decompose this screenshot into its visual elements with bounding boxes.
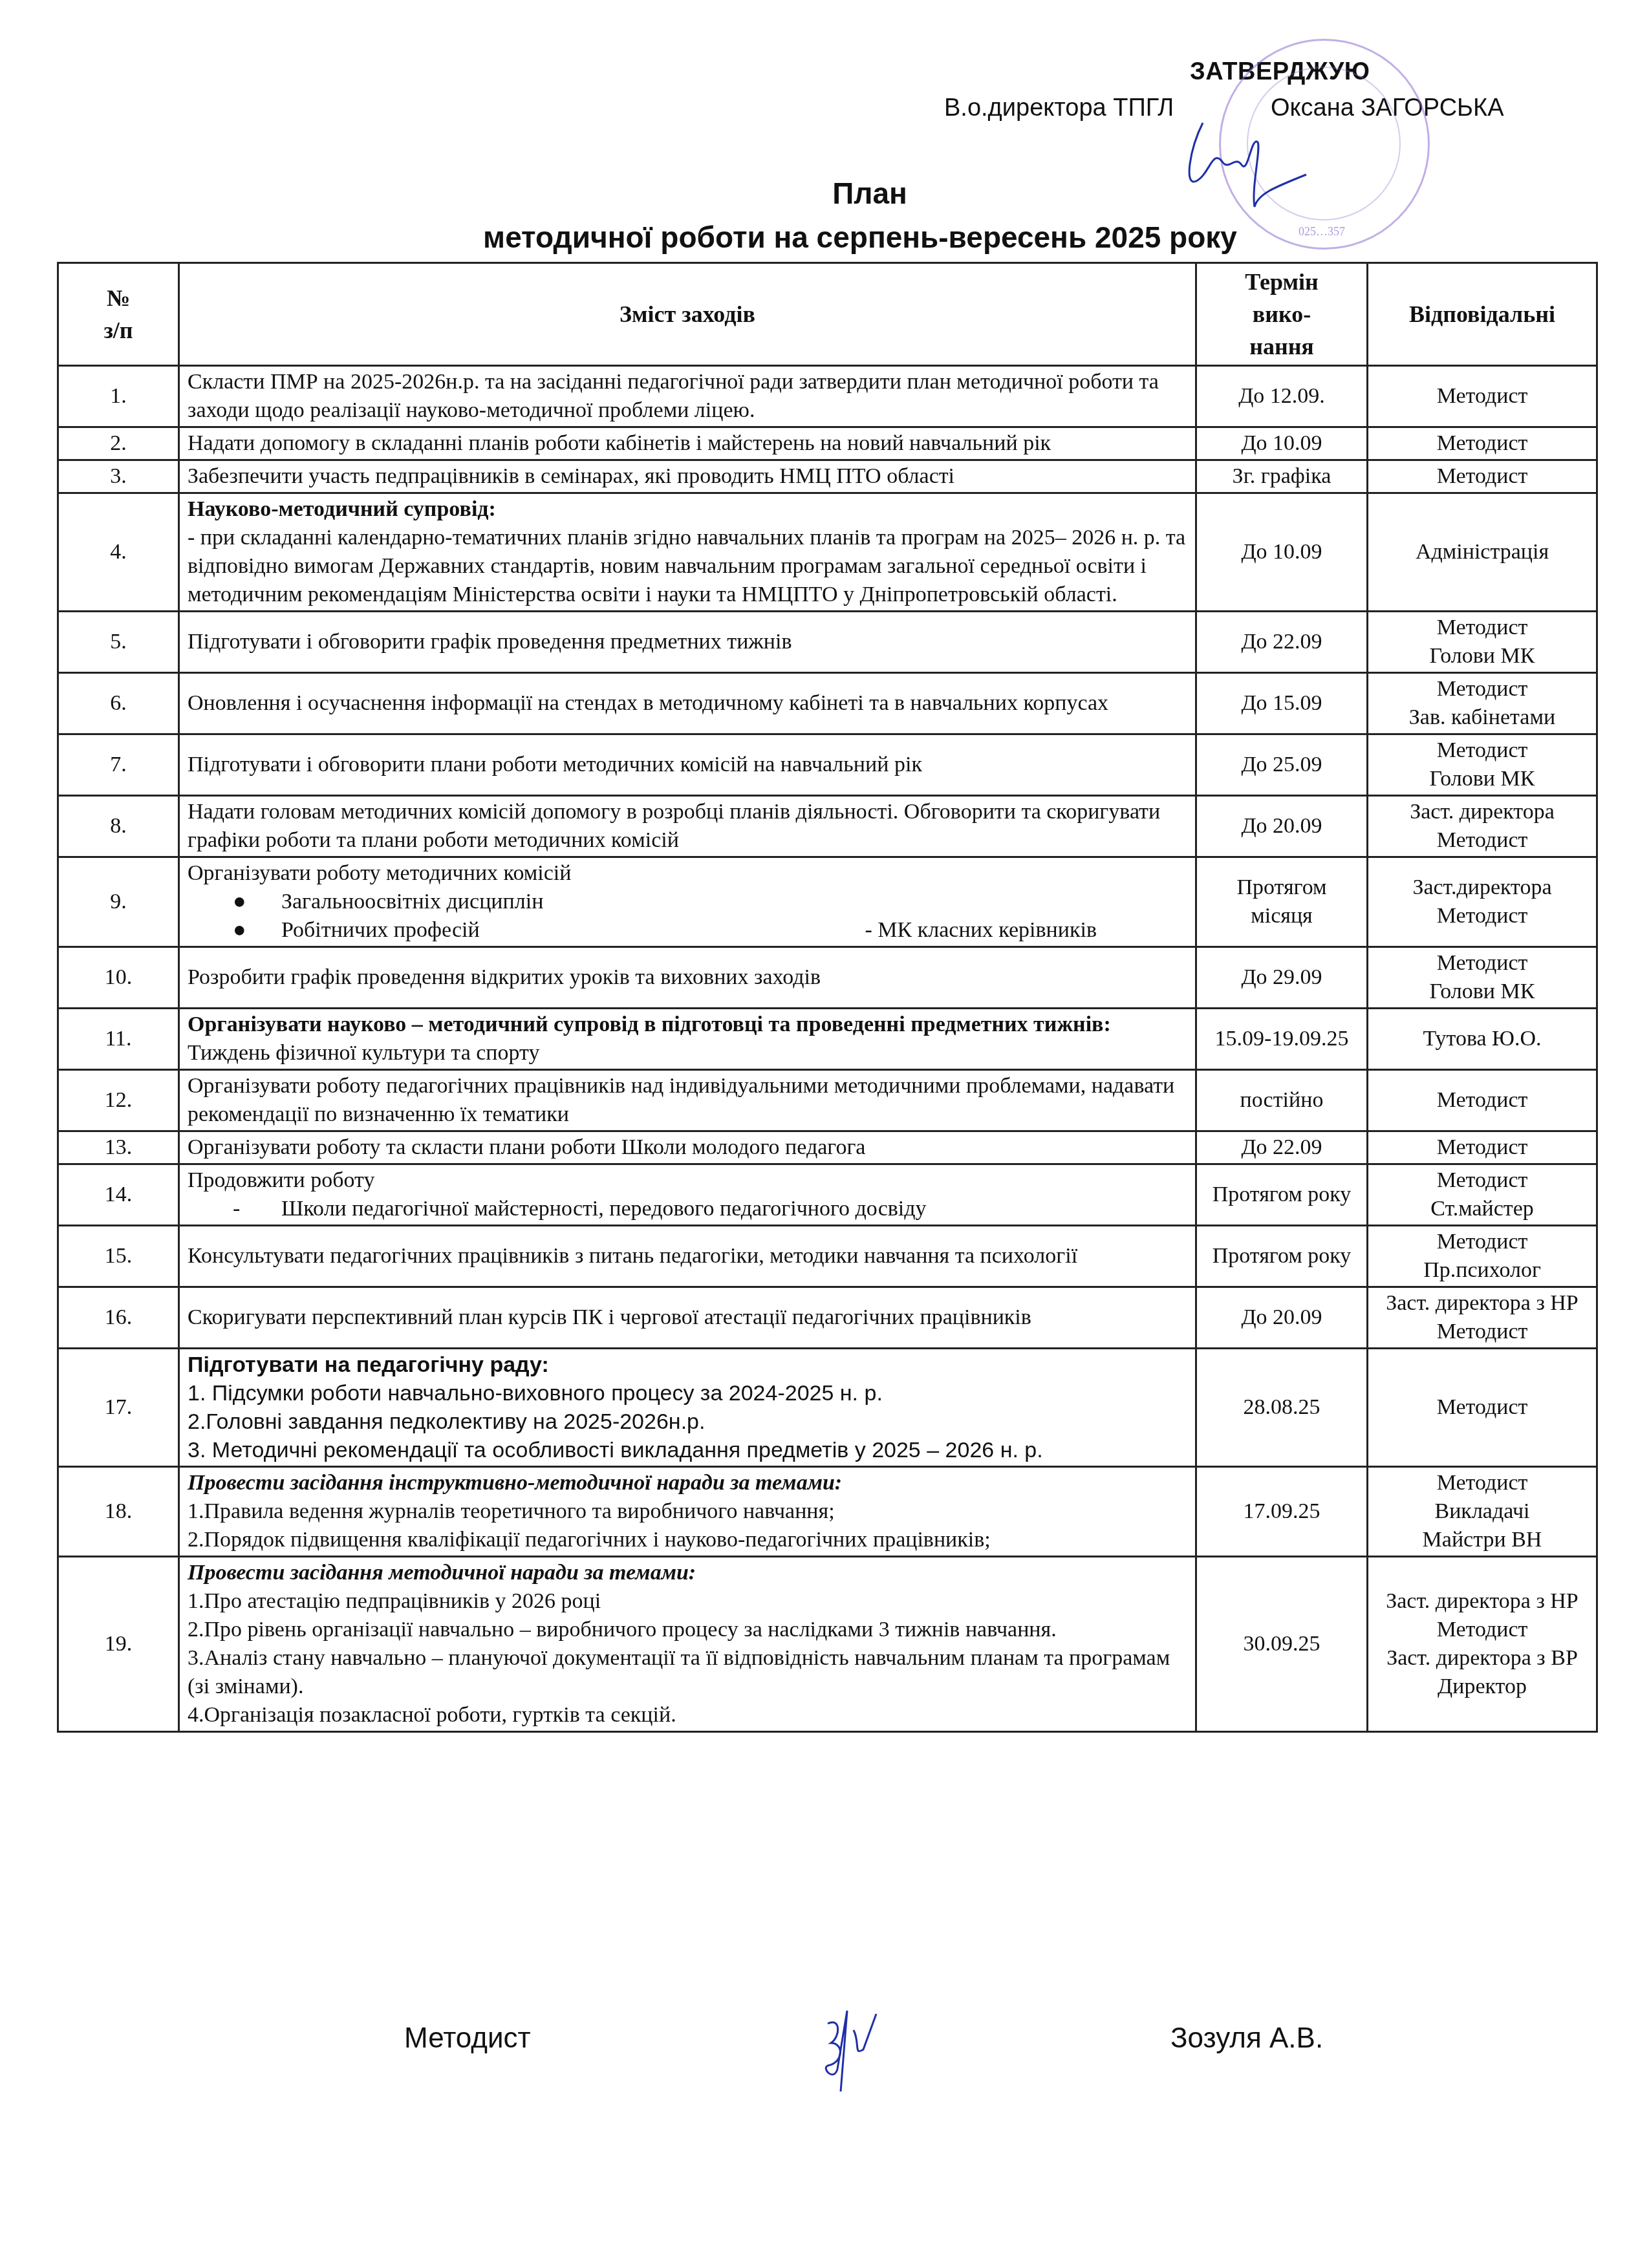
bullet-text: Робітничих професій [281,916,480,945]
table-row: 16.Скоригувати перспективний план курсів… [58,1287,1597,1349]
table-row: 15.Консультувати педагогічних працівникі… [58,1226,1597,1287]
methodist-signature-icon [815,2004,905,2095]
row-term: Протягом року [1196,1226,1368,1287]
agenda-item: 2.Головні завдання педколективу на 2025-… [188,1407,1187,1436]
responsible-person: Методист [1376,1166,1588,1195]
header-number: № з/п [58,263,179,366]
row-term: 30.09.25 [1196,1557,1368,1732]
row-responsible: МетодистЗав. кабінетами [1368,673,1597,734]
row-responsible: МетодистГолови МК [1368,734,1597,796]
row-term: До 22.09 [1196,1131,1368,1164]
row-responsible: Заст.директораМетодист [1368,857,1597,947]
row-responsible: Тутова Ю.О. [1368,1009,1597,1070]
table-row: 13.Організувати роботу та скласти плани … [58,1131,1597,1164]
row-term: До 10.09 [1196,493,1368,612]
table-row: 8.Надати головам методичних комісій допо… [58,796,1597,857]
agenda-item: 1.Правила ведення журналів теоретичного … [188,1497,1187,1526]
table-row: 10.Розробити графік проведення відкритих… [58,947,1597,1009]
row-text: Надати головам методичних комісій допомо… [188,798,1187,855]
row-text: Організувати роботу педагогічних працівн… [188,1072,1187,1129]
table-row: 18.Провести засідання інструктивно-метод… [58,1467,1597,1557]
row-text: Організувати роботу методичних комісій [188,859,1187,888]
row-content: Консультувати педагогічних працівників з… [179,1226,1196,1287]
row-heading: Провести засідання інструктивно-методичн… [188,1469,1187,1497]
row-responsible: Методист [1368,366,1597,427]
responsible-person: Заст.директора [1376,873,1588,902]
row-number: 10. [58,947,179,1009]
responsible-person: Методист [1376,614,1588,642]
row-number: 7. [58,734,179,796]
row-term: До 25.09 [1196,734,1368,796]
row-content: Забезпечити участь педпрацівників в семі… [179,460,1196,493]
row-text: Продовжити роботу [188,1166,1187,1195]
header-term-line3: нання [1205,330,1359,363]
row-text: - при складанні календарно-тематичних пл… [188,524,1187,609]
row-content: Підготувати на педагогічну раду:1. Підсу… [179,1349,1196,1467]
row-term: До 29.09 [1196,947,1368,1009]
row-content: Провести засідання методичної наради за … [179,1557,1196,1732]
responsible-person: Директор [1376,1673,1588,1701]
row-number: 13. [58,1131,179,1164]
responsible-person: Методист [1376,1228,1588,1256]
agenda-item: 1.Про атестацію педпрацівників у 2026 ро… [188,1587,1187,1616]
responsible-person: Викладачі [1376,1497,1588,1526]
bullet-item: ●Загальноосвітніх дисциплін [188,888,1187,916]
responsible-person: Методист [1376,736,1588,765]
row-content: Скласти ПМР на 2025-2026н.р. та на засід… [179,366,1196,427]
row-content: Надати допомогу в складанні планів робот… [179,427,1196,460]
row-term: Протягом місяця [1196,857,1368,947]
row-text: Забезпечити участь педпрацівників в семі… [188,462,1187,491]
row-responsible: МетодистГолови МК [1368,947,1597,1009]
row-number: 15. [58,1226,179,1287]
dash-item: -Школи педагогічної майстерності, передо… [188,1195,1187,1223]
row-responsible: Методист [1368,1070,1597,1131]
row-content: Науково-методичний супровід:- при склада… [179,493,1196,612]
row-term: 28.08.25 [1196,1349,1368,1467]
table-row: 11.Організувати науково – методичний суп… [58,1009,1597,1070]
header-term-line2: вико- [1205,298,1359,330]
row-responsible: Методист [1368,427,1597,460]
row-content: Продовжити роботу-Школи педагогічної май… [179,1164,1196,1226]
row-number: 16. [58,1287,179,1349]
bullet-dot-icon: ● [233,916,281,945]
row-text: Тиждень фізичної культури та спорту [188,1041,539,1065]
responsible-person: Заст. директора з НР [1376,1289,1588,1318]
responsible-person: Методист [1376,902,1588,930]
plan-table: № з/п Зміст заходів Термін вико- нання В… [57,262,1598,1733]
document-title: План [0,176,1649,211]
header-number-abbr: з/п [67,314,170,347]
row-term: 17.09.25 [1196,1467,1368,1557]
table-row: 19.Провести засідання методичної наради … [58,1557,1597,1732]
responsible-person: Методист [1376,675,1588,703]
table-row: 4.Науково-методичний супровід:- при скла… [58,493,1597,612]
header-responsible: Відповідальні [1368,263,1597,366]
approval-signatory: В.о.директора ТПГЛ Оксана ЗАГОРСЬКА [944,94,1174,122]
row-responsible: Заст. директора з НРМетодист [1368,1287,1597,1349]
responsible-person: Голови МК [1376,642,1588,670]
bullet-text: Загальноосвітніх дисциплін [281,888,543,916]
table-row: 6.Оновлення і осучаснення інформації на … [58,673,1597,734]
responsible-person: Пр.психолог [1376,1256,1588,1285]
row-responsible: Заст. директора з НРМетодистЗаст. директ… [1368,1557,1597,1732]
row-content: Організувати роботу та скласти плани роб… [179,1131,1196,1164]
table-row: 7.Підготувати і обговорити плани роботи … [58,734,1597,796]
responsible-person: Методист [1376,1318,1588,1346]
table-header-row: № з/п Зміст заходів Термін вико- нання В… [58,263,1597,366]
row-responsible: МетодистСт.майстер [1368,1164,1597,1226]
header-term-line1: Термін [1205,266,1359,298]
responsible-person: Адміністрація [1376,538,1588,566]
row-heading: Науково-методичний супровід: [188,495,1187,524]
row-number: 12. [58,1070,179,1131]
agenda-item: 2.Про рівень організації навчально – вир… [188,1616,1187,1644]
row-number: 1. [58,366,179,427]
row-responsible: МетодистПр.психолог [1368,1226,1597,1287]
bullet-extra-text: - МК класних керівників [865,916,1187,945]
table-row: 5.Підготувати і обговорити графік провед… [58,612,1597,673]
row-text: Підготувати і обговорити графік проведен… [188,628,1187,656]
agenda-item: 1. Підсумки роботи навчально-виховного п… [188,1379,1187,1407]
responsible-person: Голови МК [1376,765,1588,793]
table-body: 1.Скласти ПМР на 2025-2026н.р. та на зас… [58,366,1597,1732]
footer-role: Методист [404,2022,531,2055]
row-number: 18. [58,1467,179,1557]
row-term: До 10.09 [1196,427,1368,460]
row-responsible: МетодистВикладачіМайстри ВН [1368,1467,1597,1557]
row-content: Організувати роботу методичних комісій●З… [179,857,1196,947]
responsible-person: Методист [1376,1616,1588,1644]
agenda-item: 4.Організація позакласної роботи, гурткі… [188,1701,1187,1729]
row-number: 3. [58,460,179,493]
agenda-item: 3. Методичні рекомендації та особливості… [188,1436,1187,1464]
header-number-symbol: № [67,282,170,314]
row-content: Організувати роботу педагогічних працівн… [179,1070,1196,1131]
row-text: Розробити графік проведення відкритих ур… [188,963,1187,992]
row-content: Оновлення і осучаснення інформації на ст… [179,673,1196,734]
row-number: 4. [58,493,179,612]
row-responsible: Заст. директораМетодист [1368,796,1597,857]
row-responsible: Методист [1368,1131,1597,1164]
table-row: 14.Продовжити роботу-Школи педагогічної … [58,1164,1597,1226]
row-text: Надати допомогу в складанні планів робот… [188,429,1187,458]
row-responsible: Адміністрація [1368,493,1597,612]
bullet-item: ●Робітничих професій- МК класних керівни… [188,916,1187,945]
table-row: 12.Організувати роботу педагогічних прац… [58,1070,1597,1131]
responsible-person: Методист [1376,949,1588,978]
row-text: Організувати роботу та скласти плани роб… [188,1133,1187,1162]
table-row: 17.Підготувати на педагогічну раду:1. Пі… [58,1349,1597,1467]
row-content: Організувати науково – методичний супров… [179,1009,1196,1070]
row-number: 2. [58,427,179,460]
row-content: Підготувати і обговорити графік проведен… [179,612,1196,673]
row-term: До 20.09 [1196,796,1368,857]
row-text: Консультувати педагогічних працівників з… [188,1242,1187,1270]
row-content: Провести засідання інструктивно-методичн… [179,1467,1196,1557]
agenda-item: 3.Аналіз стану навчально – плануючої док… [188,1644,1187,1701]
responsible-person: Заст. директора з НР [1376,1587,1588,1616]
table-row: 1.Скласти ПМР на 2025-2026н.р. та на зас… [58,366,1597,427]
row-number: 14. [58,1164,179,1226]
row-responsible: Методист [1368,1349,1597,1467]
row-heading: Провести засідання методичної наради за … [188,1559,1187,1587]
document-subtitle: методичної роботи на серпень-вересень 20… [0,220,1649,255]
header-content: Зміст заходів [179,263,1196,366]
row-number: 8. [58,796,179,857]
row-number: 17. [58,1349,179,1467]
row-responsible: Методист [1368,460,1597,493]
responsible-person: Методист [1376,382,1588,411]
table-row: 2.Надати допомогу в складанні планів роб… [58,427,1597,460]
table-row: 9.Організувати роботу методичних комісій… [58,857,1597,947]
responsible-person: Заст. директора [1376,798,1588,826]
agenda-item: 2.Порядок підвищення кваліфікації педаго… [188,1526,1187,1554]
row-heading: Підготувати на педагогічну раду: [188,1351,1187,1379]
responsible-person: Методист [1376,1393,1588,1422]
responsible-person: Заст. директора з ВР [1376,1644,1588,1673]
responsible-person: Методист [1376,826,1588,855]
responsible-person: Методист [1376,1469,1588,1497]
responsible-person: Ст.майстер [1376,1195,1588,1223]
row-term: Зг. графіка [1196,460,1368,493]
row-term: До 15.09 [1196,673,1368,734]
row-number: 11. [58,1009,179,1070]
row-number: 9. [58,857,179,947]
row-term: 15.09-19.09.25 [1196,1009,1368,1070]
footer-name: Зозуля А.В. [1170,2022,1323,2055]
responsible-person: Майстри ВН [1376,1526,1588,1554]
row-content: Скоригувати перспективний план курсів ПК… [179,1287,1196,1349]
header-term: Термін вико- нання [1196,263,1368,366]
row-text: Скласти ПМР на 2025-2026н.р. та на засід… [188,368,1187,425]
approval-position: В.о.директора ТПГЛ [944,94,1174,122]
row-number: 6. [58,673,179,734]
row-term: До 12.09. [1196,366,1368,427]
dash-text: Школи педагогічної майстерності, передов… [281,1195,927,1223]
bullet-dot-icon: ● [233,888,281,916]
row-number: 19. [58,1557,179,1732]
row-term: До 22.09 [1196,612,1368,673]
responsible-person: Тутова Ю.О. [1376,1025,1588,1053]
row-text: Підготувати і обговорити плани роботи ме… [188,751,1187,779]
row-term: Протягом року [1196,1164,1368,1226]
row-content: Розробити графік проведення відкритих ур… [179,947,1196,1009]
row-content: Надати головам методичних комісій допомо… [179,796,1196,857]
responsible-person: Методист [1376,1133,1588,1162]
table-row: 3.Забезпечити участь педпрацівників в се… [58,460,1597,493]
row-content: Підготувати і обговорити плани роботи ме… [179,734,1196,796]
row-text: Скоригувати перспективний план курсів ПК… [188,1303,1187,1332]
responsible-person: Зав. кабінетами [1376,703,1588,732]
responsible-person: Методист [1376,462,1588,491]
row-term: До 20.09 [1196,1287,1368,1349]
responsible-person: Голови МК [1376,978,1588,1006]
row-number: 5. [58,612,179,673]
dash-marker-icon: - [233,1195,281,1223]
row-heading: Організувати науково – методичний супров… [188,1012,1111,1036]
responsible-person: Методист [1376,429,1588,458]
row-responsible: МетодистГолови МК [1368,612,1597,673]
row-term: постійно [1196,1070,1368,1131]
responsible-person: Методист [1376,1086,1588,1115]
row-text: Оновлення і осучаснення інформації на ст… [188,689,1187,718]
